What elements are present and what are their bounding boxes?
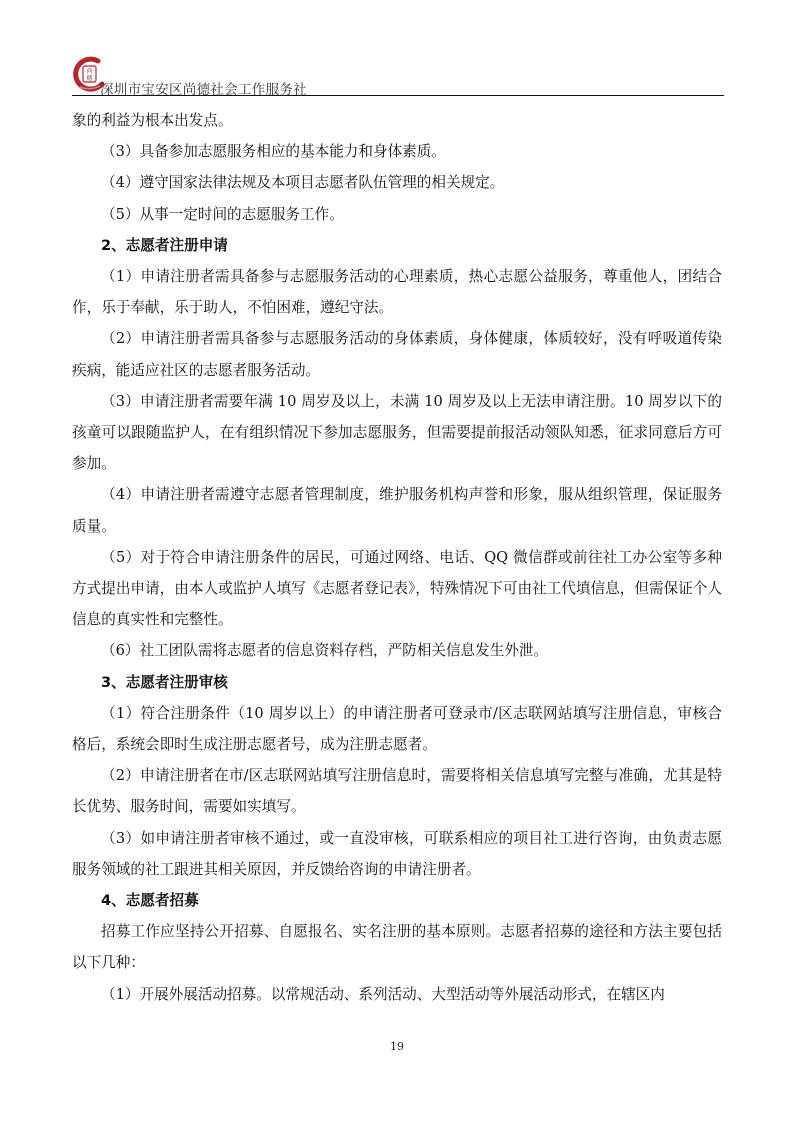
list-item: （6）社工团队需将志愿者的信息资料存档，严防相关信息发生外泄。 (72, 635, 722, 666)
list-item: （1）符合注册条件（10 周岁以上）的申请注册者可登录市/区志联网站填写注册信息… (72, 698, 722, 760)
paragraph: 招募工作应坚持公开招募、自愿报名、实名注册的基本原则。志愿者招募的途径和方法主要… (72, 916, 722, 978)
list-item: （5）对于符合申请注册条件的居民，可通过网络、电话、QQ 微信群或前往社工办公室… (72, 542, 722, 636)
page-number: 19 (0, 1040, 794, 1053)
paragraph-continuation: 象的利益为根本出发点。 (72, 105, 722, 136)
list-item: （5）从事一定时间的志愿服务工作。 (72, 199, 722, 230)
list-item: （2）申请注册者需具备参与志愿服务活动的身体素质，身体健康，体质较好，没有呼吸道… (72, 323, 722, 385)
list-item: （2）申请注册者在市/区志联网站填写注册信息时，需要将相关信息填写完整与准确，尤… (72, 760, 722, 822)
svg-text:尚: 尚 (86, 67, 92, 75)
document-body: 象的利益为根本出发点。 （3）具备参加志愿服务相应的基本能力和身体素质。 （4）… (72, 105, 722, 1010)
list-item: （4）遵守国家法律法规及本项目志愿者队伍管理的相关规定。 (72, 167, 722, 198)
section-heading-recruitment: 4、志愿者招募 (72, 885, 722, 916)
svg-text:德: 德 (86, 74, 93, 82)
list-item: （3）具备参加志愿服务相应的基本能力和身体素质。 (72, 136, 722, 167)
section-heading-registration-review: 3、志愿者注册审核 (72, 667, 722, 698)
list-item: （4）申请注册者需遵守志愿者管理制度，维护服务机构声誉和形象，服从组织管理，保证… (72, 479, 722, 541)
page-header: 尚 德 深圳市宝安区尚德社会工作服务社 (72, 56, 724, 96)
list-item: （3）如申请注册者审核不通过，或一直没审核，可联系相应的项目社工进行咨询，由负责… (72, 823, 722, 885)
list-item: （3）申请注册者需要年满 10 周岁及以上，未满 10 周岁及以上无法申请注册。… (72, 386, 722, 480)
list-item: （1）申请注册者需具备参与志愿服务活动的心理素质，热心志愿公益服务，尊重他人，团… (72, 261, 722, 323)
header-divider (72, 95, 724, 96)
list-item: （1）开展外展活动招募。以常规活动、系列活动、大型活动等外展活动形式，在辖区内 (72, 979, 722, 1010)
section-heading-registration-application: 2、志愿者注册申请 (72, 230, 722, 261)
